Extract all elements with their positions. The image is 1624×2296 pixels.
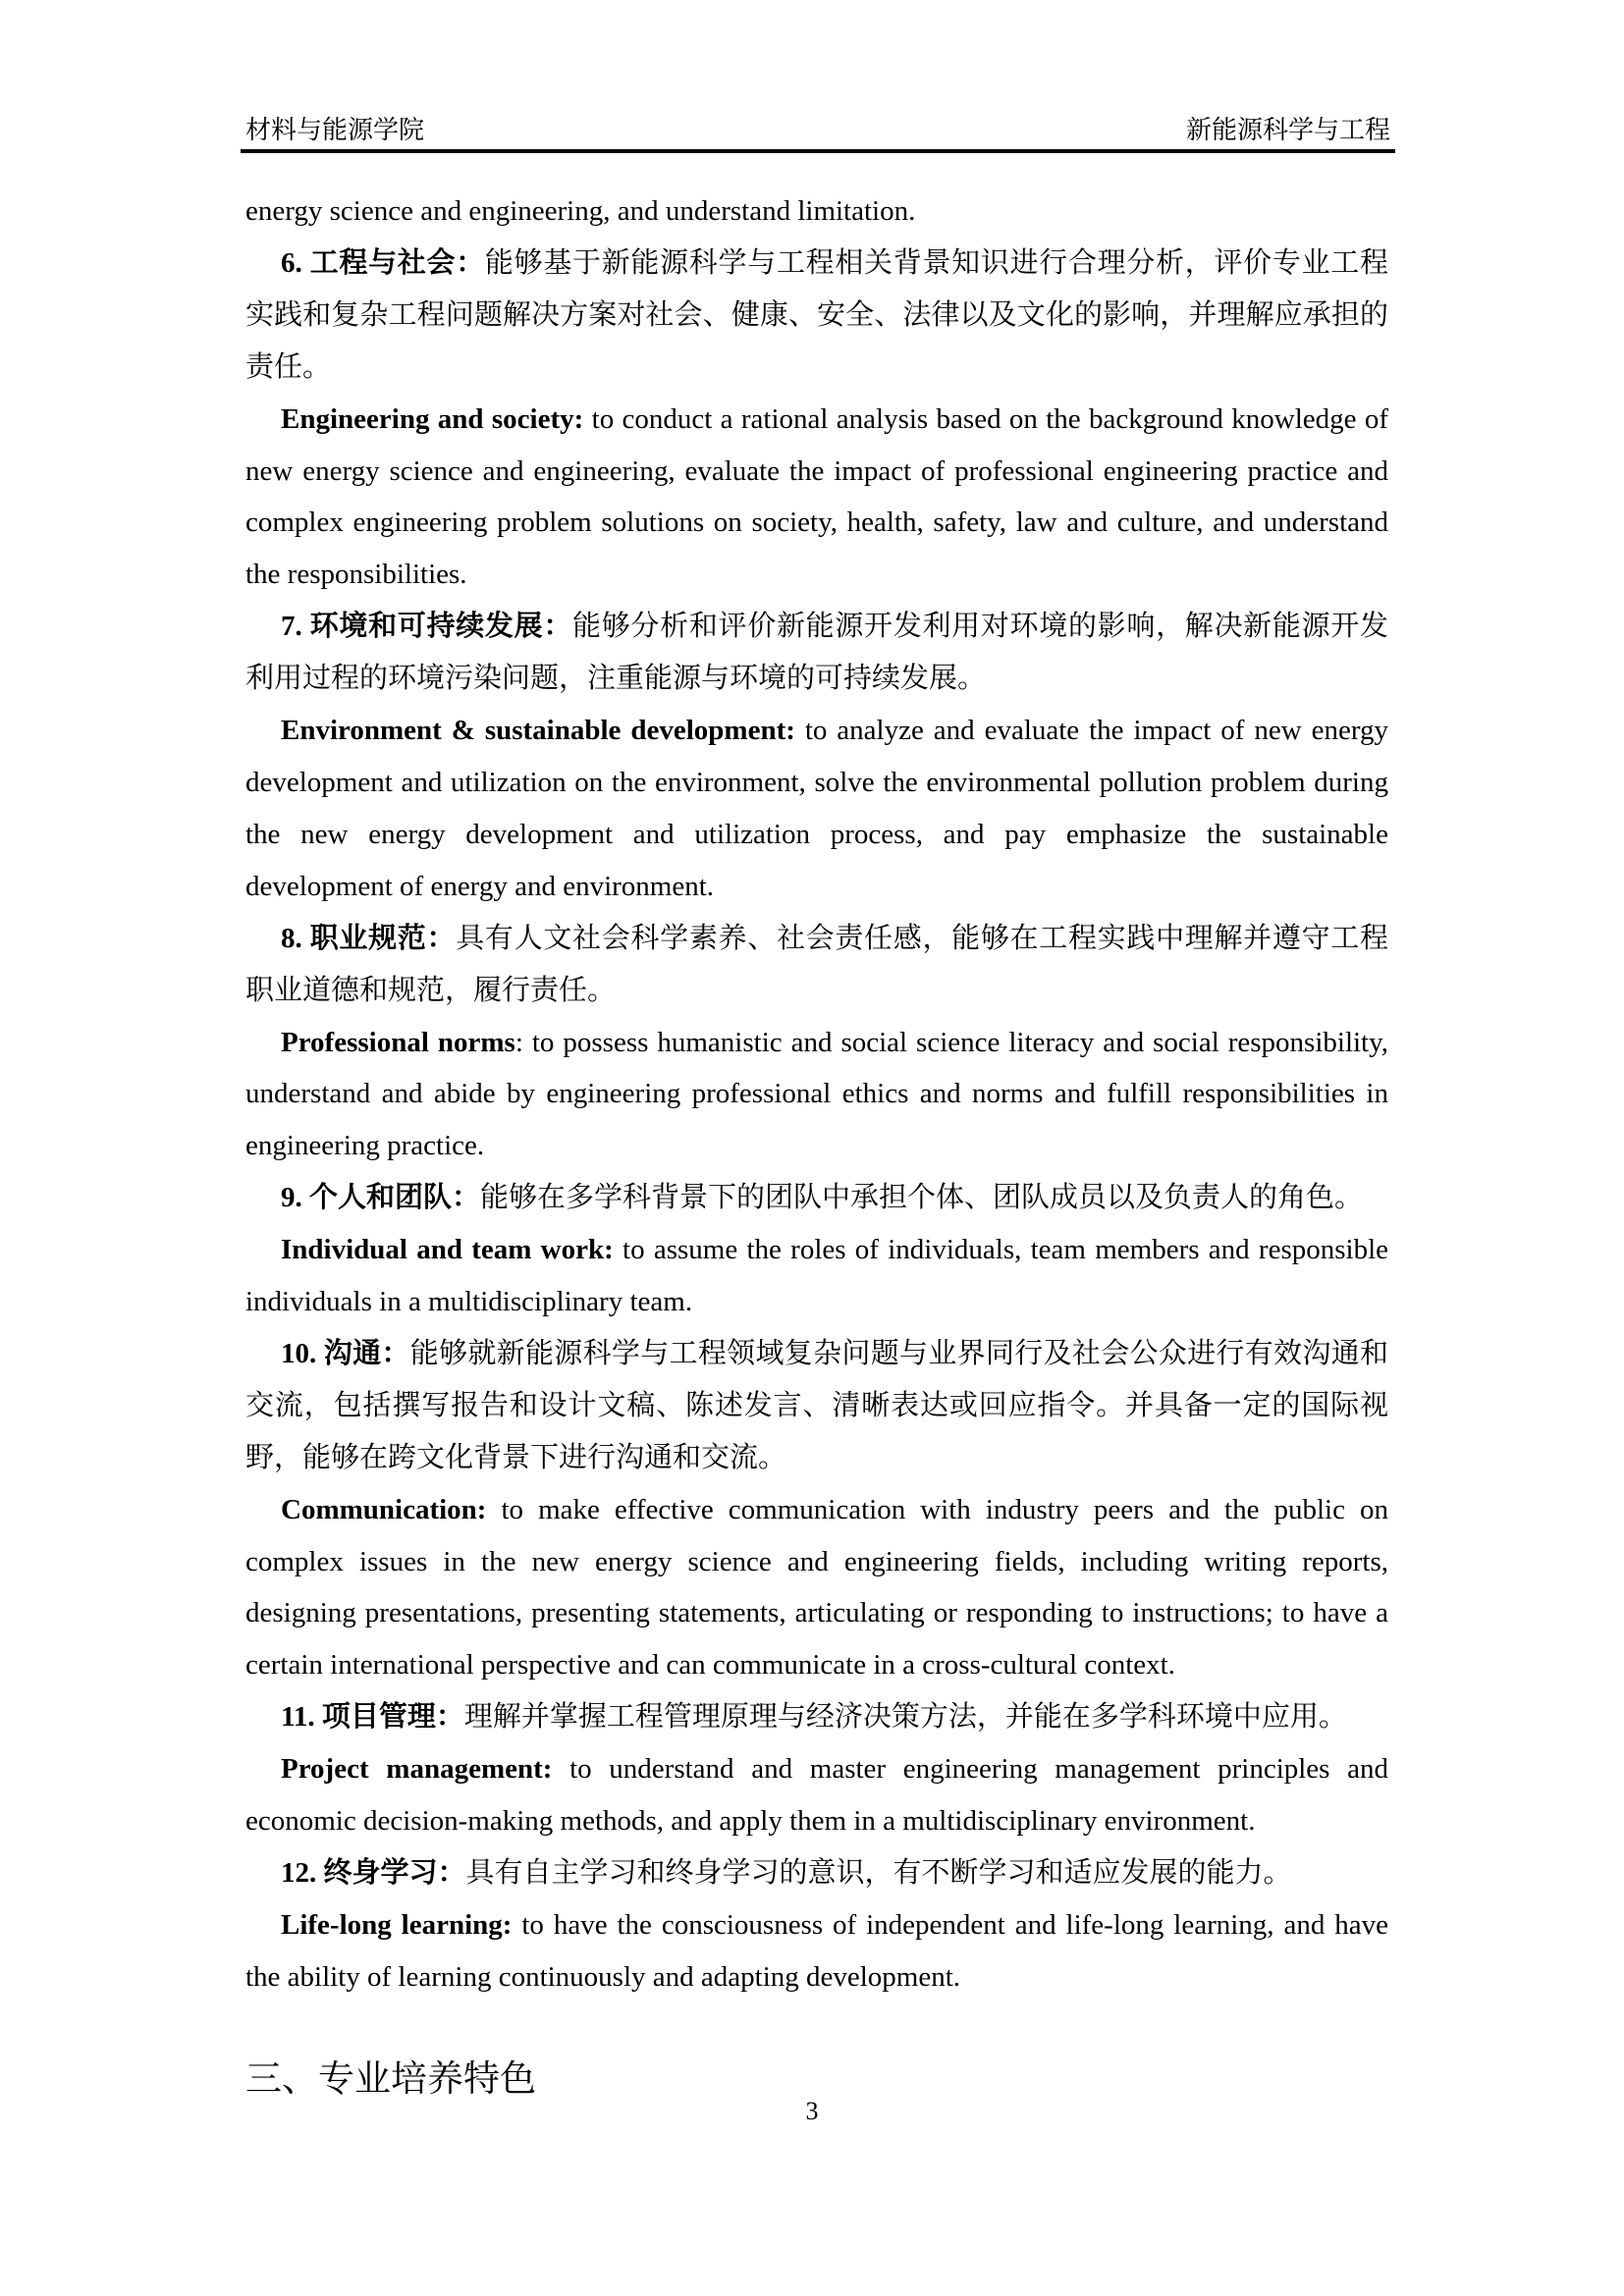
outcome-8-zh: 8. 职业规范：具有人文社会科学素养、社会责任感，能够在工程实践中理解并遵守工程… xyxy=(245,913,1388,1017)
outcome-11-en-label: Project management: xyxy=(281,1753,552,1785)
document-body: energy science and engineering, and unde… xyxy=(245,186,1388,2107)
outcome-10-en-label: Communication: xyxy=(281,1494,486,1525)
header-rule xyxy=(241,149,1395,153)
paragraph-continuation-en: energy science and engineering, and unde… xyxy=(245,186,1388,238)
outcome-12-en: Life-long learning: to have the consciou… xyxy=(245,1899,1388,2003)
outcome-12-zh-text: 具有自主学习和终身学习的意识，有不断学习和适应发展的能力。 xyxy=(466,1857,1292,1889)
document-page: 材料与能源学院 新能源科学与工程 energy science and engi… xyxy=(0,0,1624,2296)
header-program: 新能源科学与工程 xyxy=(1186,116,1390,145)
outcome-7-zh: 7. 环境和可持续发展：能够分析和评价新能源开发利用对环境的影响，解决新能源开发… xyxy=(245,601,1388,705)
outcome-10-en: Communication: to make effective communi… xyxy=(245,1484,1388,1692)
outcome-8-zh-label: 8. 职业规范： xyxy=(281,923,456,954)
outcome-7-zh-label: 7. 环境和可持续发展： xyxy=(281,611,572,642)
page-header: 材料与能源学院 新能源科学与工程 xyxy=(245,116,1390,145)
outcome-8-en: Professional norms: to possess humanisti… xyxy=(245,1017,1388,1173)
outcome-12-zh-label: 12. 终身学习： xyxy=(281,1857,466,1889)
outcome-8-en-label: Professional norms xyxy=(281,1027,515,1058)
page-number: 3 xyxy=(806,2097,819,2125)
outcome-7-en-label: Environment & sustainable development: xyxy=(281,715,795,746)
outcome-6-zh: 6. 工程与社会：能够基于新能源科学与工程相关背景知识进行合理分析，评价专业工程… xyxy=(245,238,1388,394)
outcome-12-zh: 12. 终身学习：具有自主学习和终身学习的意识，有不断学习和适应发展的能力。 xyxy=(245,1847,1388,1899)
outcome-10-zh-text: 能够就新能源科学与工程领域复杂问题与业界同行及社会公众进行有效沟通和交流，包括撰… xyxy=(245,1338,1388,1473)
outcome-11-zh-label: 11. 项目管理： xyxy=(281,1701,464,1733)
outcome-6-zh-label: 6. 工程与社会： xyxy=(281,247,485,279)
outcome-10-zh-label: 10. 沟通： xyxy=(281,1338,410,1369)
outcome-6-en-label: Engineering and society: xyxy=(281,403,583,435)
outcome-12-en-label: Life-long learning: xyxy=(281,1909,512,1941)
outcome-11-en: Project management: to understand and ma… xyxy=(245,1743,1388,1847)
outcome-6-en: Engineering and society: to conduct a ra… xyxy=(245,394,1388,602)
outcome-9-en: Individual and team work: to assume the … xyxy=(245,1224,1388,1328)
outcome-9-zh-label: 9. 个人和团队： xyxy=(281,1182,480,1213)
outcome-9-zh: 9. 个人和团队：能够在多学科背景下的团队中承担个体、团队成员以及负责人的角色。 xyxy=(245,1172,1388,1224)
outcome-11-zh: 11. 项目管理：理解并掌握工程管理原理与经济决策方法，并能在多学科环境中应用。 xyxy=(245,1691,1388,1743)
outcome-7-en: Environment & sustainable development: t… xyxy=(245,705,1388,913)
header-college: 材料与能源学院 xyxy=(245,116,424,145)
outcome-10-zh: 10. 沟通：能够就新能源科学与工程领域复杂问题与业界同行及社会公众进行有效沟通… xyxy=(245,1328,1388,1484)
outcome-9-en-label: Individual and team work: xyxy=(281,1234,614,1265)
page-footer: 3 xyxy=(0,2097,1624,2126)
outcome-11-zh-text: 理解并掌握工程管理原理与经济决策方法，并能在多学科环境中应用。 xyxy=(464,1701,1347,1733)
outcome-9-zh-text: 能够在多学科背景下的团队中承担个体、团队成员以及负责人的角色。 xyxy=(480,1182,1363,1213)
